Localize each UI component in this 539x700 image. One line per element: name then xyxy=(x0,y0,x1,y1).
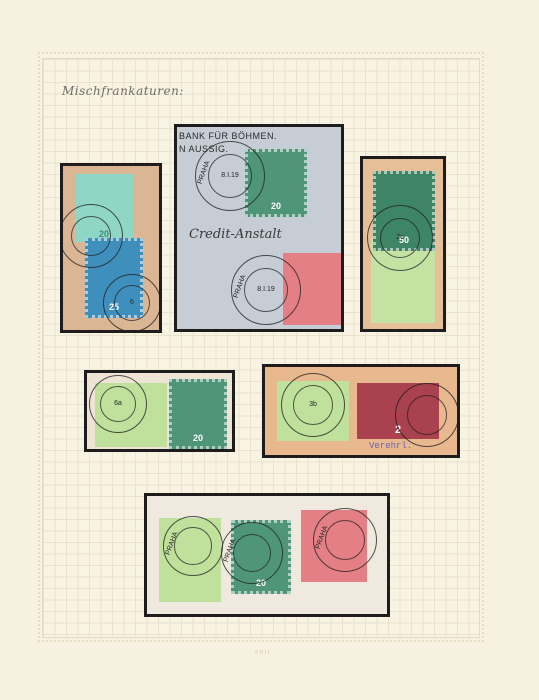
page-footer-mark: PHIL xyxy=(255,650,272,656)
printed-sender-line-2: N AUSSIG. xyxy=(179,144,229,154)
stamp-mount-1[interactable]: 20 25 6 xyxy=(60,163,162,333)
stamp-hradcany-20[interactable]: 20 xyxy=(75,174,133,242)
stamp-value: 20 xyxy=(191,433,205,443)
printed-sender-line-1: BANK FÜR BÖHMEN. xyxy=(179,131,277,141)
stamp-mount-4[interactable]: 20 6a xyxy=(84,370,235,452)
stamp-mount-3[interactable]: 50 2c xyxy=(360,156,446,332)
stamp-mount-5[interactable]: 2 3b Verehrl. xyxy=(262,364,460,458)
page-heading: Mischfrankaturen: xyxy=(62,84,184,98)
handwritten-violet-note: Verehrl. xyxy=(369,441,412,451)
stamp-value: 2 xyxy=(393,424,403,436)
stamp-value: 25 xyxy=(107,302,121,312)
stamp-value: 20 xyxy=(254,578,268,588)
stamp-value: 50 xyxy=(397,235,411,245)
stamp-karl-20[interactable]: 20 xyxy=(231,520,291,594)
stamp-arms-50[interactable]: 50 xyxy=(373,171,435,251)
stamp-hradcany-green[interactable] xyxy=(159,518,221,602)
stamp-hradcany-5[interactable] xyxy=(371,239,435,323)
stamp-karl-25[interactable]: 25 xyxy=(85,238,143,318)
stamp-hradcany-5[interactable] xyxy=(95,383,167,447)
stamp-karl-20[interactable]: 20 xyxy=(169,379,227,449)
stamp-hradcany-green[interactable] xyxy=(277,381,349,441)
stamp-express-2[interactable]: 2 xyxy=(357,383,439,439)
stamp-karl-20[interactable]: 20 xyxy=(245,149,307,217)
stamp-hradcany-rose[interactable] xyxy=(301,510,367,582)
stamp-value: 20 xyxy=(269,201,283,211)
stamp-mount-2[interactable]: BANK FÜR BÖHMEN. N AUSSIG. 20 Credit-Ans… xyxy=(174,124,344,332)
stamp-hradcany-rose[interactable] xyxy=(283,253,343,325)
handwritten-address: Credit-Anstalt xyxy=(189,227,282,242)
stamp-mount-6[interactable]: 20 PRAHA PRAHA PRAHA xyxy=(144,493,390,617)
